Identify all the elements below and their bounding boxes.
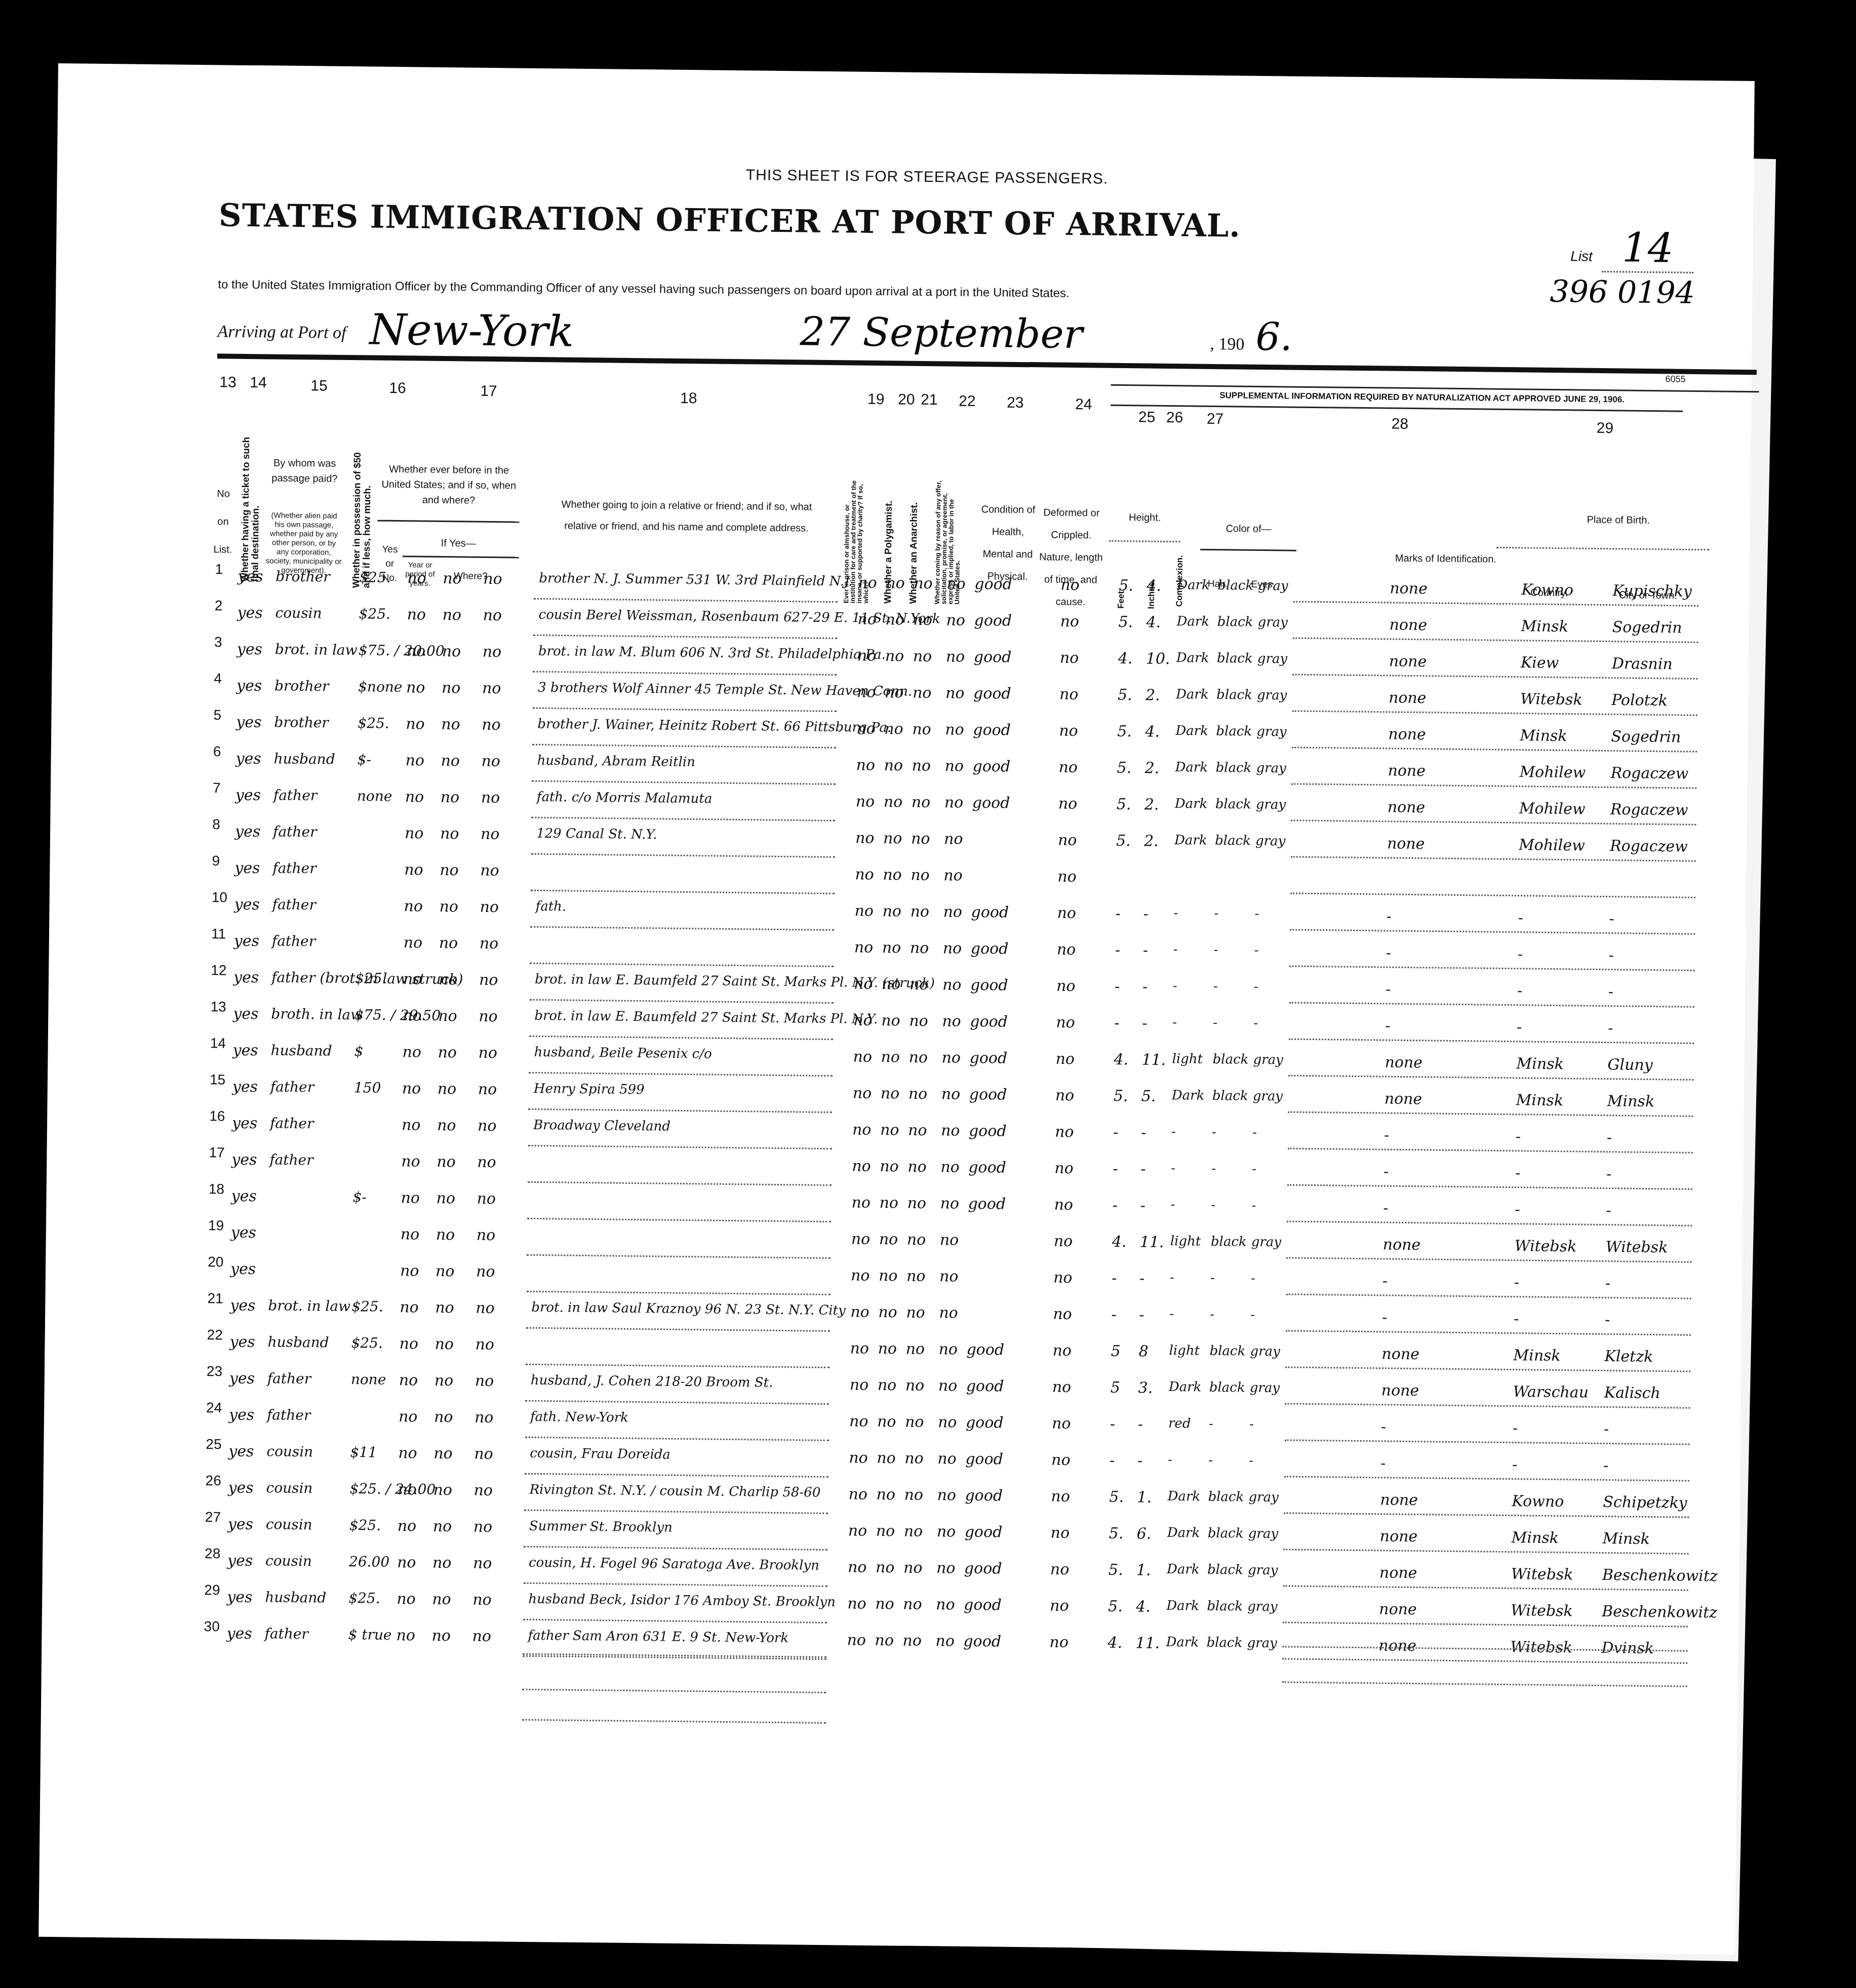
money-cell: $11	[350, 1444, 377, 1461]
eyes-cell: gray	[1247, 1636, 1277, 1651]
marks-rule	[1283, 1621, 1688, 1627]
labor-cell: no	[943, 903, 962, 921]
paid-by-cell: brother	[274, 714, 329, 731]
feet-cell: 5.	[1119, 577, 1133, 594]
eyes-cell: gray	[1251, 1235, 1282, 1250]
paid-by-cell: father	[270, 1115, 314, 1132]
before-in-us-cell: no	[398, 1481, 417, 1498]
row-number: 18	[209, 1181, 224, 1197]
labor-cell: no	[940, 1195, 959, 1212]
marks-cell: none	[1378, 1637, 1416, 1655]
before-in-us-cell: no	[397, 1590, 416, 1608]
complexion-cell: -	[1172, 1015, 1177, 1030]
marks-cell: none	[1390, 580, 1428, 598]
prison-cell: no	[851, 1194, 871, 1212]
before-in-us-cell: no	[399, 1371, 418, 1389]
deformed-cell: no	[1059, 686, 1079, 703]
feet-cell: 5.	[1109, 1561, 1123, 1579]
health-cell: good	[970, 1013, 1008, 1031]
feet-cell: -	[1115, 941, 1121, 959]
complexion-cell: Dark	[1175, 723, 1208, 739]
prison-cell: no	[856, 720, 876, 738]
marks-rule	[1289, 1002, 1694, 1008]
inches-cell: 4.	[1147, 577, 1161, 595]
before-in-us-cell: no	[403, 970, 422, 988]
city-cell: Witebsk	[1606, 1238, 1668, 1256]
anarchist-cell: no	[905, 1377, 925, 1395]
row-number: 8	[212, 816, 220, 832]
hair-cell: black	[1209, 1380, 1245, 1396]
row-number: 7	[213, 780, 221, 796]
header-if-yes: If Yes—	[428, 536, 489, 551]
row-number: 3	[214, 634, 222, 650]
before-in-us-cell: no	[407, 569, 426, 587]
eyes-cell: gray	[1247, 1599, 1278, 1615]
eyes-cell: -	[1251, 1198, 1256, 1213]
city-cell: -	[1606, 1202, 1611, 1219]
paid-by-cell: brother	[274, 678, 329, 695]
passenger-rows: 1 yes brother $25. no no no brother N. J…	[58, 63, 1755, 81]
health-cell: good	[968, 1195, 1006, 1213]
city-cell: Minsk	[1602, 1530, 1650, 1548]
year-cell: no	[438, 1044, 457, 1061]
hair-cell: -	[1214, 906, 1218, 921]
complexion-cell: -	[1171, 1124, 1176, 1139]
complexion-cell: Dark	[1167, 1489, 1200, 1504]
marks-rule	[1287, 1184, 1692, 1190]
complexion-cell: Dark	[1176, 614, 1209, 629]
health-cell: good	[965, 1523, 1003, 1541]
paid-by-cell: brother	[275, 568, 330, 585]
country-cell: Witebsk	[1511, 1565, 1573, 1583]
year-cell: no	[441, 715, 460, 733]
where-cell: no	[478, 1081, 497, 1098]
hair-cell: -	[1210, 1270, 1215, 1286]
paid-by-cell: cousin	[265, 1552, 312, 1569]
city-cell: -	[1607, 1129, 1612, 1146]
hair-cell: -	[1212, 1125, 1216, 1140]
labor-cell: no	[937, 1450, 957, 1467]
relative-cell: brother J. Wainer, Heinitz Robert St. 66…	[537, 717, 891, 735]
header-marks: Marks of Identification.	[1370, 550, 1522, 567]
where-cell: no	[481, 752, 500, 770]
row-number: 30	[204, 1618, 220, 1635]
header-rule-birth	[1496, 547, 1709, 550]
labor-cell: no	[943, 939, 962, 957]
before-in-us-cell: no	[401, 1225, 420, 1243]
col-num: 13	[219, 374, 236, 391]
deformed-cell: no	[1051, 1524, 1070, 1542]
marks-cell: none	[1388, 762, 1426, 780]
complexion-cell: Dark	[1169, 1379, 1202, 1395]
feet-cell: 5.	[1117, 796, 1131, 813]
feet-cell: 4.	[1108, 1634, 1122, 1652]
hair-cell: -	[1208, 1453, 1213, 1468]
anarchist-cell: no	[912, 757, 931, 775]
country-cell: Witebsk	[1520, 690, 1583, 708]
relative-cell: brot. in law E. Baumfeld 27 Saint St. Ma…	[534, 1008, 878, 1027]
city-cell: Kletzk	[1604, 1347, 1653, 1366]
where-cell: no	[472, 1627, 491, 1645]
where-cell: no	[480, 898, 499, 916]
country-cell: -	[1515, 1201, 1520, 1218]
where-cell: no	[476, 1263, 495, 1281]
labor-cell: no	[940, 1158, 960, 1176]
anarchist-cell: no	[909, 1085, 928, 1103]
health-cell: good	[969, 1086, 1007, 1104]
country-cell: -	[1513, 1419, 1518, 1437]
before-in-us-cell: no	[407, 606, 426, 623]
list-label: List	[1570, 248, 1593, 264]
before-in-us-cell: no	[402, 1043, 421, 1061]
polygamist-cell: no	[875, 1595, 894, 1613]
where-cell: no	[478, 1044, 497, 1062]
deformed-cell: no	[1060, 576, 1080, 594]
hair-cell: -	[1211, 1161, 1216, 1176]
marks-rule	[1292, 747, 1697, 752]
prison-cell: no	[857, 684, 876, 701]
feet-cell: -	[1110, 1452, 1115, 1469]
feet-cell: -	[1113, 1124, 1119, 1141]
complexion-cell: -	[1173, 942, 1178, 957]
ticket-cell: yes	[231, 1187, 256, 1206]
inches-cell: -	[1139, 1306, 1144, 1324]
ticket-cell: yes	[238, 568, 263, 586]
money-cell: none	[357, 787, 392, 805]
eyes-cell: gray	[1250, 1344, 1280, 1360]
complexion-cell: -	[1173, 905, 1178, 921]
deformed-cell: no	[1050, 1561, 1070, 1578]
row-number: 24	[206, 1400, 222, 1416]
anarchist-cell: no	[906, 1304, 925, 1322]
country-cell: -	[1518, 945, 1523, 963]
col-num: 25	[1138, 409, 1156, 426]
before-in-us-cell: no	[404, 897, 423, 915]
labor-cell: no	[944, 757, 964, 775]
feet-cell: -	[1115, 978, 1120, 996]
polygamist-cell: no	[879, 1194, 898, 1212]
money-cell: $25.	[355, 970, 387, 987]
health-cell: good	[974, 575, 1012, 593]
where-cell: no	[480, 935, 499, 952]
inches-cell: -	[1137, 1452, 1143, 1469]
city-cell: -	[1608, 983, 1614, 1001]
year-cell: no	[433, 1481, 452, 1499]
year-cell: no	[441, 752, 460, 770]
country-cell: Minsk	[1513, 1346, 1561, 1365]
city-cell: Rogaczew	[1610, 764, 1688, 783]
money-cell: 26.00	[349, 1553, 390, 1570]
complexion-cell: Dark	[1177, 577, 1210, 593]
country-cell: Minsk	[1516, 1091, 1564, 1109]
deformed-cell: no	[1058, 759, 1078, 776]
prison-cell: no	[847, 1595, 866, 1612]
inches-cell: 2.	[1144, 832, 1159, 850]
city-cell: Rogaczew	[1610, 801, 1688, 819]
before-in-us-cell: no	[404, 861, 423, 879]
col-num: 22	[959, 393, 976, 410]
eyes-cell: gray	[1248, 1563, 1278, 1578]
row-number: 5	[213, 707, 221, 723]
country-cell: Kiew	[1521, 654, 1559, 672]
feet-cell: 5.	[1109, 1488, 1124, 1506]
row-number: 12	[211, 962, 226, 978]
anarchist-cell: no	[910, 903, 929, 921]
before-in-us-cell: no	[402, 1116, 421, 1134]
ticket-cell: yes	[227, 1588, 252, 1607]
where-cell: no	[473, 1555, 492, 1572]
ticket-cell: yes	[227, 1552, 253, 1570]
hair-cell: -	[1210, 1307, 1214, 1322]
city-cell: Gluny	[1607, 1056, 1653, 1074]
deformed-cell: no	[1057, 904, 1076, 922]
eyes-cell: -	[1253, 1016, 1258, 1031]
row-number: 29	[204, 1582, 220, 1598]
ticket-cell: yes	[230, 1260, 256, 1279]
marks-cell: none	[1379, 1600, 1417, 1618]
row-number: 23	[207, 1363, 222, 1379]
paid-by-cell: cousin	[266, 1516, 312, 1533]
complexion-cell: Dark	[1176, 650, 1209, 666]
before-in-us-cell: no	[407, 642, 426, 660]
feet-cell: -	[1112, 1197, 1118, 1214]
paid-by-cell: brot. in law	[275, 641, 358, 659]
header-rule	[217, 353, 1757, 375]
feet-cell: -	[1111, 1306, 1117, 1324]
complexion-cell: Dark	[1176, 687, 1209, 702]
eyes-cell: gray	[1253, 1052, 1283, 1068]
before-in-us-cell: no	[405, 788, 424, 806]
feet-cell: -	[1115, 905, 1121, 923]
anarchist-cell: no	[911, 866, 930, 884]
health-cell: good	[973, 685, 1011, 703]
city-cell: Schipetzky	[1603, 1493, 1687, 1512]
inches-cell: -	[1142, 978, 1148, 996]
row-number: 22	[207, 1327, 223, 1343]
deformed-cell: no	[1052, 1342, 1072, 1360]
relative-cell: husband Beck, Isidor 176 Amboy St. Brook…	[528, 1592, 836, 1610]
paid-by-cell: father	[264, 1625, 308, 1642]
header-rule-color	[1200, 549, 1296, 551]
marks-rule	[1288, 1075, 1693, 1081]
eyes-cell: -	[1252, 1125, 1257, 1140]
row-number: 11	[211, 926, 226, 942]
ticket-cell: yes	[229, 1370, 255, 1388]
ticket-cell: yes	[235, 786, 261, 805]
money-cell: $25.	[358, 714, 389, 732]
supplemental-rule-bottom	[1111, 405, 1683, 412]
money-cell: $-	[352, 1188, 367, 1205]
city-cell: Sogedrin	[1612, 618, 1682, 637]
hair-cell: black	[1216, 687, 1252, 703]
eyes-cell: gray	[1255, 833, 1286, 849]
prison-cell: no	[847, 1631, 866, 1649]
labor-cell: no	[945, 721, 964, 738]
prison-cell: no	[848, 1485, 867, 1503]
ticket-cell: yes	[226, 1625, 252, 1643]
hair-cell: black	[1215, 797, 1251, 812]
inches-cell: 4.	[1145, 723, 1160, 741]
ticket-cell: yes	[229, 1333, 255, 1351]
row-number: 10	[212, 889, 227, 905]
col-num: 21	[921, 391, 938, 409]
complexion-cell: red	[1168, 1416, 1191, 1431]
paid-by-cell: father	[272, 896, 316, 913]
prison-cell: no	[854, 975, 873, 993]
inches-cell: 1.	[1137, 1488, 1152, 1506]
marks-rule	[1292, 710, 1697, 716]
year-cell: no	[438, 1080, 457, 1098]
feet-cell: 5	[1111, 1379, 1120, 1397]
city-cell: Polotzk	[1611, 691, 1668, 709]
anarchist-cell: no	[905, 1413, 924, 1431]
ticket-cell: yes	[231, 1224, 256, 1242]
eyes-cell: -	[1249, 1417, 1254, 1432]
city-cell: -	[1604, 1420, 1609, 1438]
marks-cell: none	[1380, 1491, 1418, 1509]
inches-cell: 6.	[1137, 1525, 1152, 1542]
feet-cell: 4.	[1112, 1233, 1127, 1251]
paid-by-cell: father	[272, 860, 317, 877]
blank-line	[1282, 1681, 1687, 1687]
anarchist-cell: no	[908, 1122, 927, 1139]
inches-cell: 11.	[1135, 1634, 1160, 1652]
prison-cell: no	[857, 611, 877, 628]
country-cell: Warschau	[1513, 1383, 1589, 1402]
row-number: 21	[207, 1290, 223, 1306]
prison-cell: no	[856, 793, 875, 811]
where-cell: no	[474, 1445, 493, 1463]
anarchist-cell: no	[907, 1231, 926, 1249]
arrival-line: Arriving at Port of New-York 27 Septembe…	[217, 303, 1433, 361]
col-num: 24	[1075, 396, 1092, 413]
row-number: 14	[210, 1035, 226, 1051]
year-cell: no	[433, 1445, 453, 1462]
marks-cell: none	[1389, 689, 1427, 707]
row-number: 13	[210, 999, 226, 1015]
health-cell: good	[974, 612, 1012, 630]
eyes-cell: gray	[1256, 724, 1287, 740]
row-number: 28	[205, 1545, 220, 1562]
deformed-cell: no	[1052, 1378, 1072, 1396]
labor-cell: no	[936, 1596, 955, 1613]
health-cell: good	[964, 1596, 1002, 1614]
row-number: 16	[209, 1108, 225, 1124]
marks-cell: -	[1386, 944, 1392, 962]
feet-cell: 5.	[1109, 1525, 1124, 1542]
deformed-cell: no	[1056, 1014, 1075, 1031]
polygamist-cell: no	[877, 1449, 896, 1467]
inches-cell: 10.	[1146, 650, 1170, 668]
header-ticket: Whether having a ticket to such final de…	[240, 435, 262, 582]
city-cell: Dvinsk	[1601, 1639, 1654, 1657]
hair-cell: black	[1216, 724, 1252, 739]
complexion-cell: -	[1169, 1306, 1174, 1322]
prison-cell: no	[849, 1449, 868, 1467]
where-cell: no	[477, 1226, 496, 1244]
hair-cell: -	[1213, 979, 1218, 994]
inches-cell: 2.	[1144, 796, 1159, 814]
row-number: 26	[206, 1473, 221, 1489]
country-cell: Mohilew	[1519, 836, 1585, 854]
prison-cell: no	[854, 939, 874, 957]
ticket-cell: yes	[234, 896, 259, 914]
deformed-cell: no	[1055, 1123, 1074, 1141]
polygamist-cell: no	[877, 1413, 896, 1430]
year-cell: no	[432, 1554, 452, 1572]
prison-cell: no	[853, 1085, 872, 1102]
polygamist-cell: no	[883, 829, 902, 847]
polygamist-cell: no	[878, 1340, 897, 1358]
complexion-cell: Dark	[1166, 1598, 1199, 1614]
health-cell: good	[968, 1159, 1006, 1177]
marks-rule	[1286, 1330, 1691, 1336]
feet-cell: 5.	[1117, 723, 1132, 740]
deformed-cell: no	[1051, 1488, 1070, 1505]
before-in-us-cell: no	[405, 824, 424, 842]
header-height: Height.	[1110, 510, 1180, 526]
health-cell: good	[969, 1122, 1007, 1140]
inches-cell: 11.	[1140, 1233, 1164, 1251]
paid-by-cell: cousin	[275, 605, 322, 622]
anarchist-cell: no	[911, 830, 930, 848]
anarchist-cell: no	[910, 976, 929, 993]
marks-rule	[1285, 1403, 1690, 1409]
relative-cell: fath. c/o Morris Malamuta	[537, 789, 713, 807]
country-cell: -	[1517, 1018, 1522, 1036]
health-cell: good	[974, 648, 1012, 666]
row-number: 4	[214, 670, 222, 687]
polygamist-cell: no	[878, 1303, 897, 1321]
before-in-us-cell: no	[400, 1298, 419, 1316]
before-in-us-cell: no	[402, 1080, 421, 1097]
polygamist-cell: no	[879, 1267, 898, 1285]
row-number: 9	[212, 853, 220, 869]
before-in-us-cell: no	[398, 1517, 417, 1535]
where-cell: no	[472, 1591, 492, 1609]
col-num: 17	[480, 383, 497, 400]
paid-by-cell: father	[270, 1078, 314, 1095]
before-in-us-cell: no	[396, 1626, 415, 1644]
deformed-cell: no	[1056, 977, 1076, 995]
ticket-cell: yes	[234, 859, 260, 878]
complexion-cell: Dark	[1175, 760, 1208, 775]
complexion-cell: -	[1173, 978, 1177, 993]
ticket-cell: yes	[237, 604, 262, 622]
anarchist-cell: no	[912, 721, 931, 738]
relative-cell: fath.	[535, 899, 566, 915]
eyes-cell: gray	[1253, 1089, 1283, 1104]
feet-cell: -	[1114, 1014, 1120, 1032]
money-cell: $25.	[351, 1298, 383, 1315]
feet-cell: 4.	[1118, 650, 1133, 667]
relative-cell: brother N. J. Summer 531 W. 3rd Plainfie…	[539, 571, 853, 589]
year-prefix: , 190	[1210, 335, 1244, 354]
prison-cell: no	[849, 1413, 868, 1430]
row-number: 17	[209, 1144, 224, 1161]
city-cell: -	[1603, 1457, 1609, 1475]
arrival-date: 27 September	[800, 309, 1083, 357]
city-cell: Beschenkowitz	[1602, 1603, 1717, 1621]
where-cell: no	[475, 1372, 494, 1390]
polygamist-cell: no	[875, 1632, 894, 1649]
eyes-cell: -	[1252, 1162, 1256, 1177]
labor-cell: no	[946, 575, 966, 592]
marks-rule	[1291, 820, 1696, 825]
inches-cell: 4.	[1146, 614, 1161, 631]
paid-by-cell: cousin	[266, 1479, 312, 1496]
paid-by-cell: father	[273, 787, 318, 804]
